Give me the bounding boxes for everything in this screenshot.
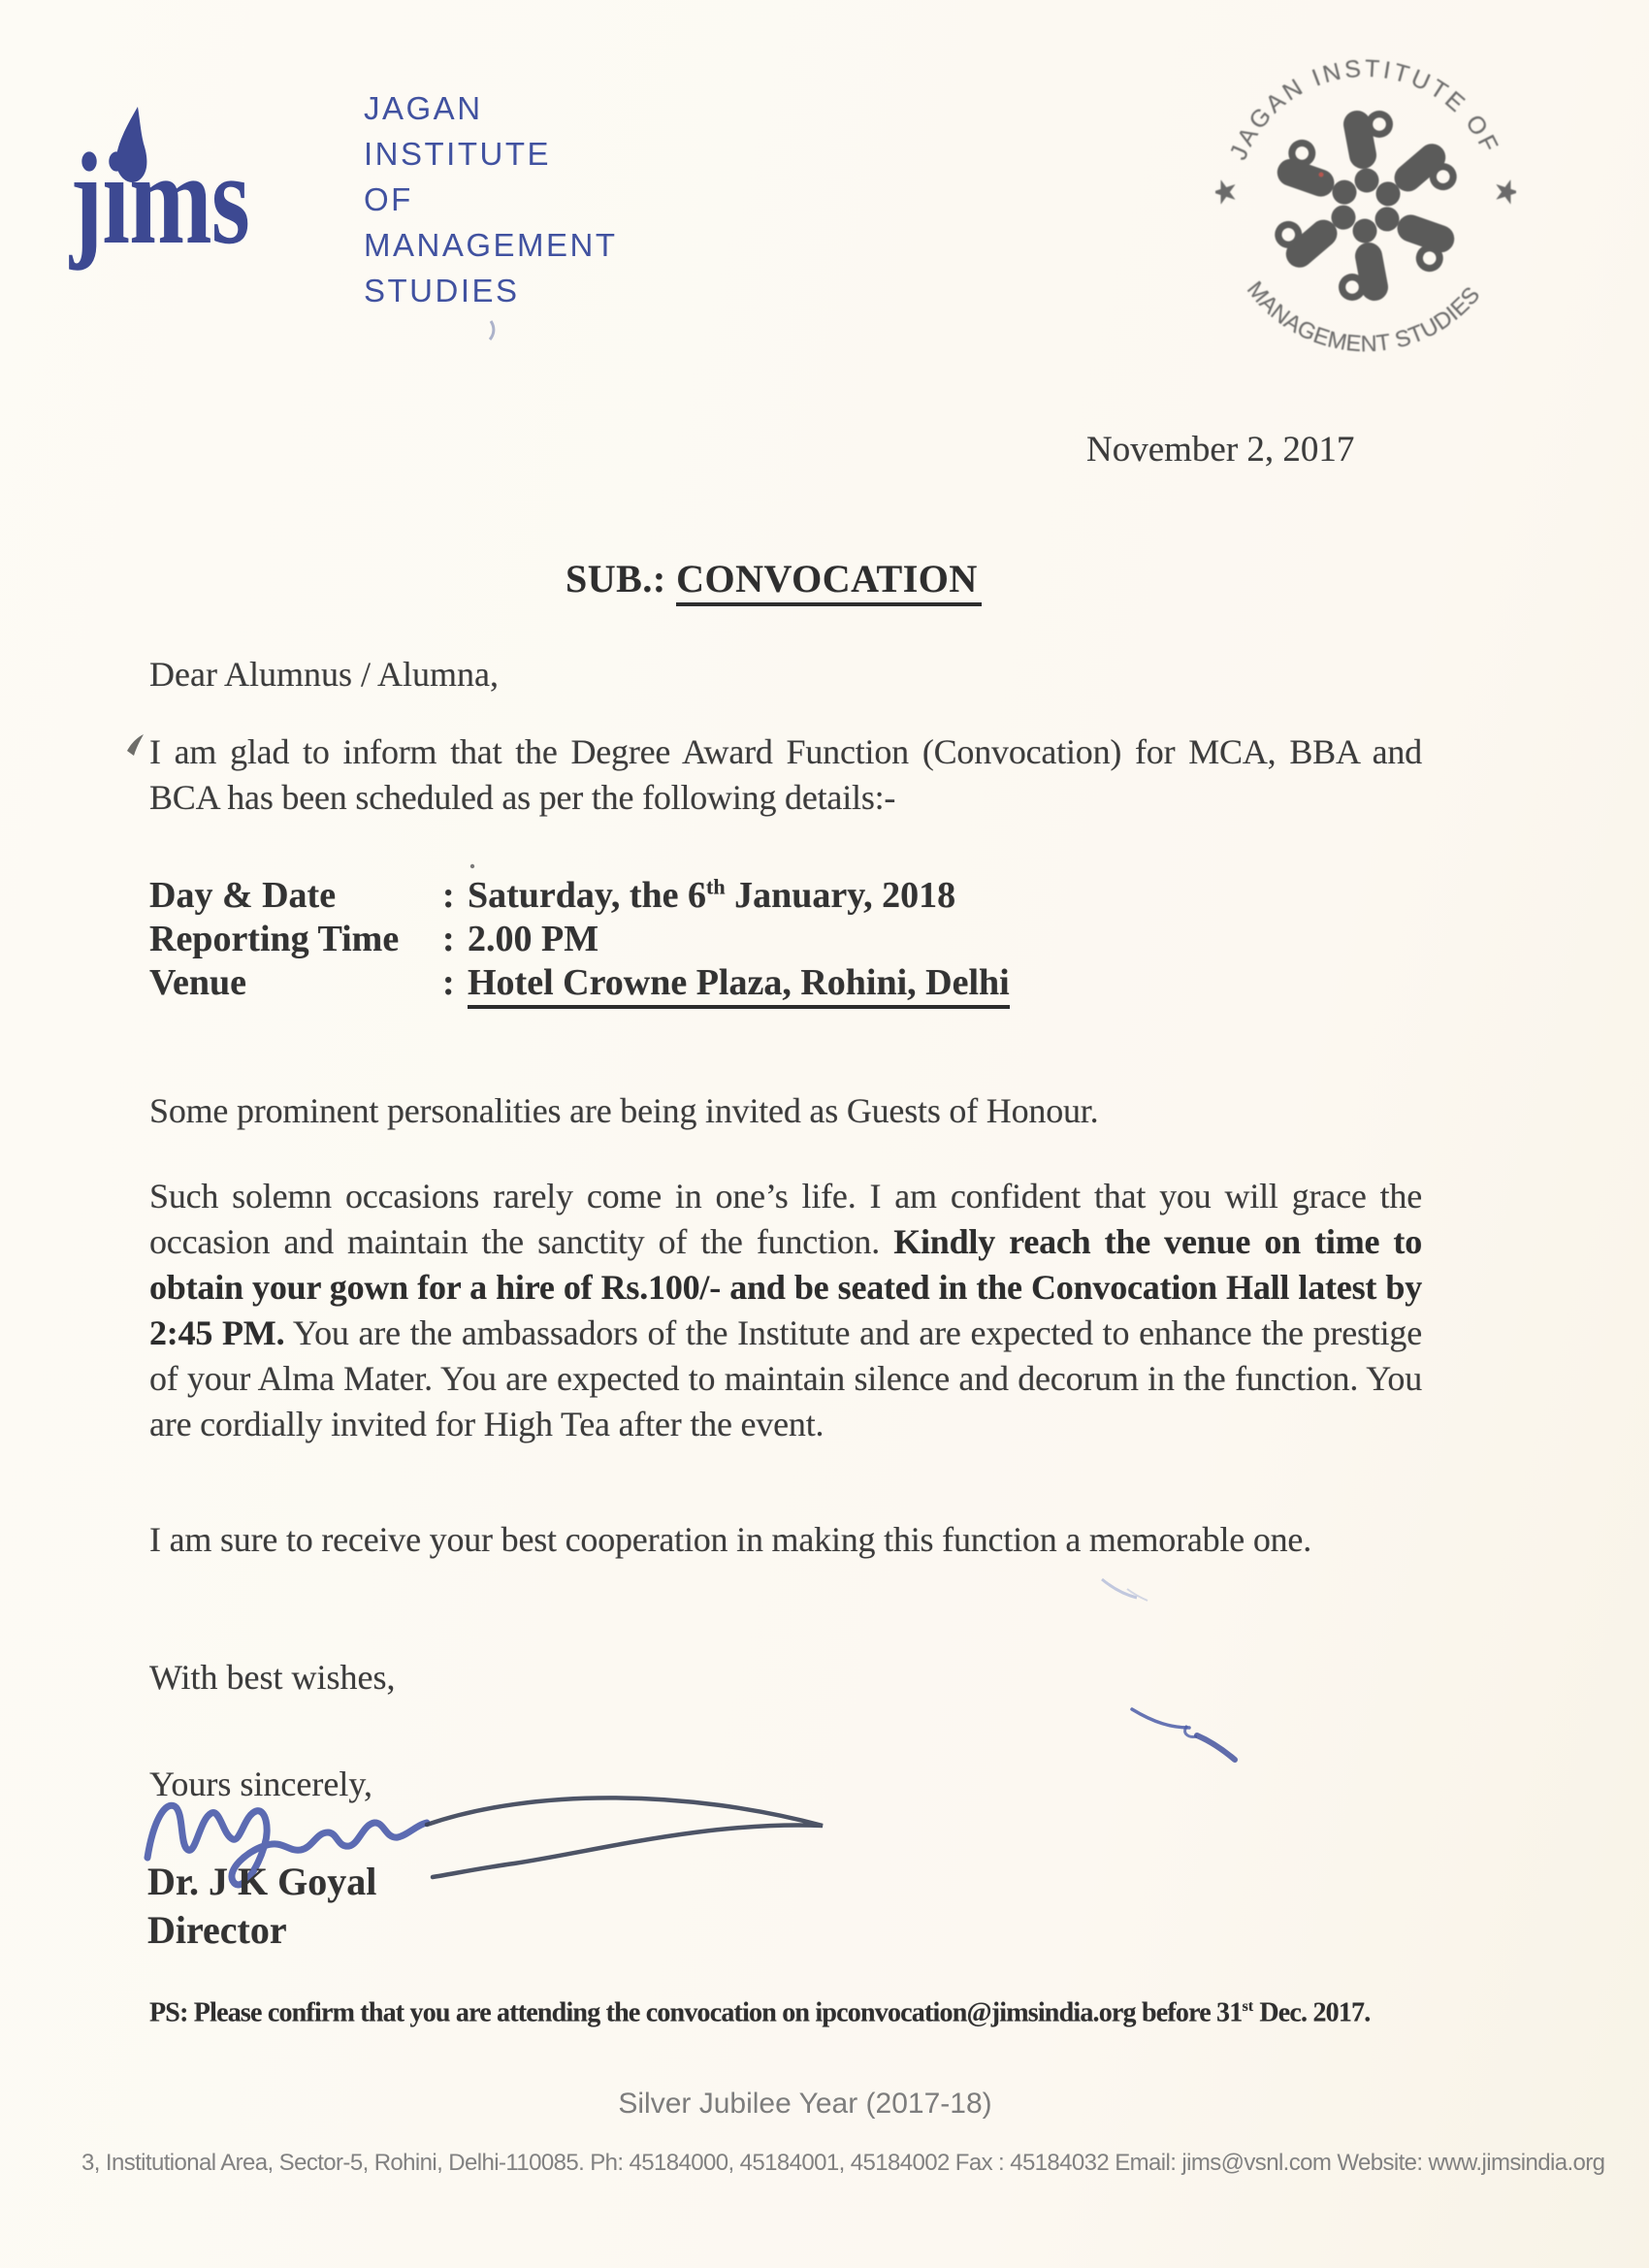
- cooperation-paragraph: I am sure to receive your best cooperati…: [149, 1517, 1422, 1563]
- pen-tick-mark: [127, 734, 144, 756]
- faint-pen-mark: [1127, 1589, 1148, 1601]
- ps-note: PS: Please confirm that you are attendin…: [149, 1987, 1439, 2032]
- detail-row-day-date: Day & Date:Saturday, the 6th January, 20…: [149, 864, 1010, 908]
- star-icon: ★: [1488, 170, 1516, 212]
- letter-date: November 2, 2017: [1086, 429, 1354, 470]
- institute-name-line: MANAGEMENT: [364, 222, 618, 268]
- solemn-paragraph: Such solemn occasions rarely come in one…: [149, 1174, 1422, 1447]
- subject-title: CONVOCATION: [676, 557, 982, 606]
- detail-value-text: January, 2018: [726, 875, 956, 916]
- guests-paragraph: Some prominent personalities are being i…: [149, 1088, 1422, 1134]
- detail-value-text: Hotel Crowne Plaza, Rohini, Delhi: [468, 962, 1010, 1003]
- ink-speck: [490, 321, 494, 340]
- institute-name-line: JAGAN: [364, 85, 618, 131]
- blue-pen-swoosh: [1132, 1709, 1189, 1728]
- blue-pen-swoosh: [1197, 1735, 1235, 1760]
- flame-icon: [113, 107, 151, 188]
- blue-pen-swoosh: [1185, 1726, 1197, 1736]
- star-icon: ★: [1215, 170, 1244, 212]
- detail-colon: :: [442, 961, 468, 1005]
- jims-logo: jims: [70, 134, 249, 265]
- solemn-post: You are the ambassadors of the Institute…: [149, 1313, 1422, 1443]
- signatory-title: Director: [147, 1907, 287, 1953]
- footer-address: 3, Institutional Area, Sector-5, Rohini,…: [81, 2150, 1604, 2177]
- subject-prefix: SUB.:: [566, 557, 676, 600]
- detail-label: Venue: [149, 961, 442, 1005]
- intro-paragraph: I am glad to inform that the Degree Awar…: [149, 729, 1422, 821]
- jubilee-line: Silver Jubilee Year (2017-18): [0, 2088, 1610, 2121]
- best-wishes: With best wishes,: [149, 1655, 396, 1701]
- signatory-name: Dr. J K Goyal: [147, 1859, 376, 1904]
- institute-name-line: OF: [364, 177, 618, 222]
- ps-rest: Dec. 2017.: [1253, 1997, 1370, 2027]
- scan-speck: [1319, 173, 1324, 178]
- event-details: Day & Date:Saturday, the 6th January, 20…: [149, 864, 1010, 995]
- institute-seal: JAGAN INSTITUTE OF MANAGEMENT STUDIES ★ …: [1215, 55, 1516, 356]
- institute-name-line: INSTITUTE: [364, 131, 618, 177]
- seal-emblem: [1270, 111, 1462, 301]
- subject-line: SUB.: CONVOCATION: [566, 556, 982, 601]
- ordinal-suffix: th: [706, 874, 726, 898]
- faint-pen-mark: [1102, 1579, 1137, 1598]
- letter-page: jims JAGAN INSTITUTE OF MANAGEMENT STUDI…: [0, 0, 1649, 2268]
- detail-value: Hotel Crowne Plaza, Rohini, Delhi: [468, 962, 1010, 1009]
- institute-name: JAGAN INSTITUTE OF MANAGEMENT STUDIES: [364, 85, 618, 313]
- salutation: Dear Alumnus / Alumna,: [149, 652, 499, 697]
- ordinal-suffix: st: [1242, 1997, 1253, 2015]
- institute-name-line: STUDIES: [364, 268, 618, 313]
- detail-row-venue: Venue:Hotel Crowne Plaza, Rohini, Delhi: [149, 952, 1010, 995]
- ps-text: PS: Please confirm that you are attendin…: [149, 1997, 1242, 2027]
